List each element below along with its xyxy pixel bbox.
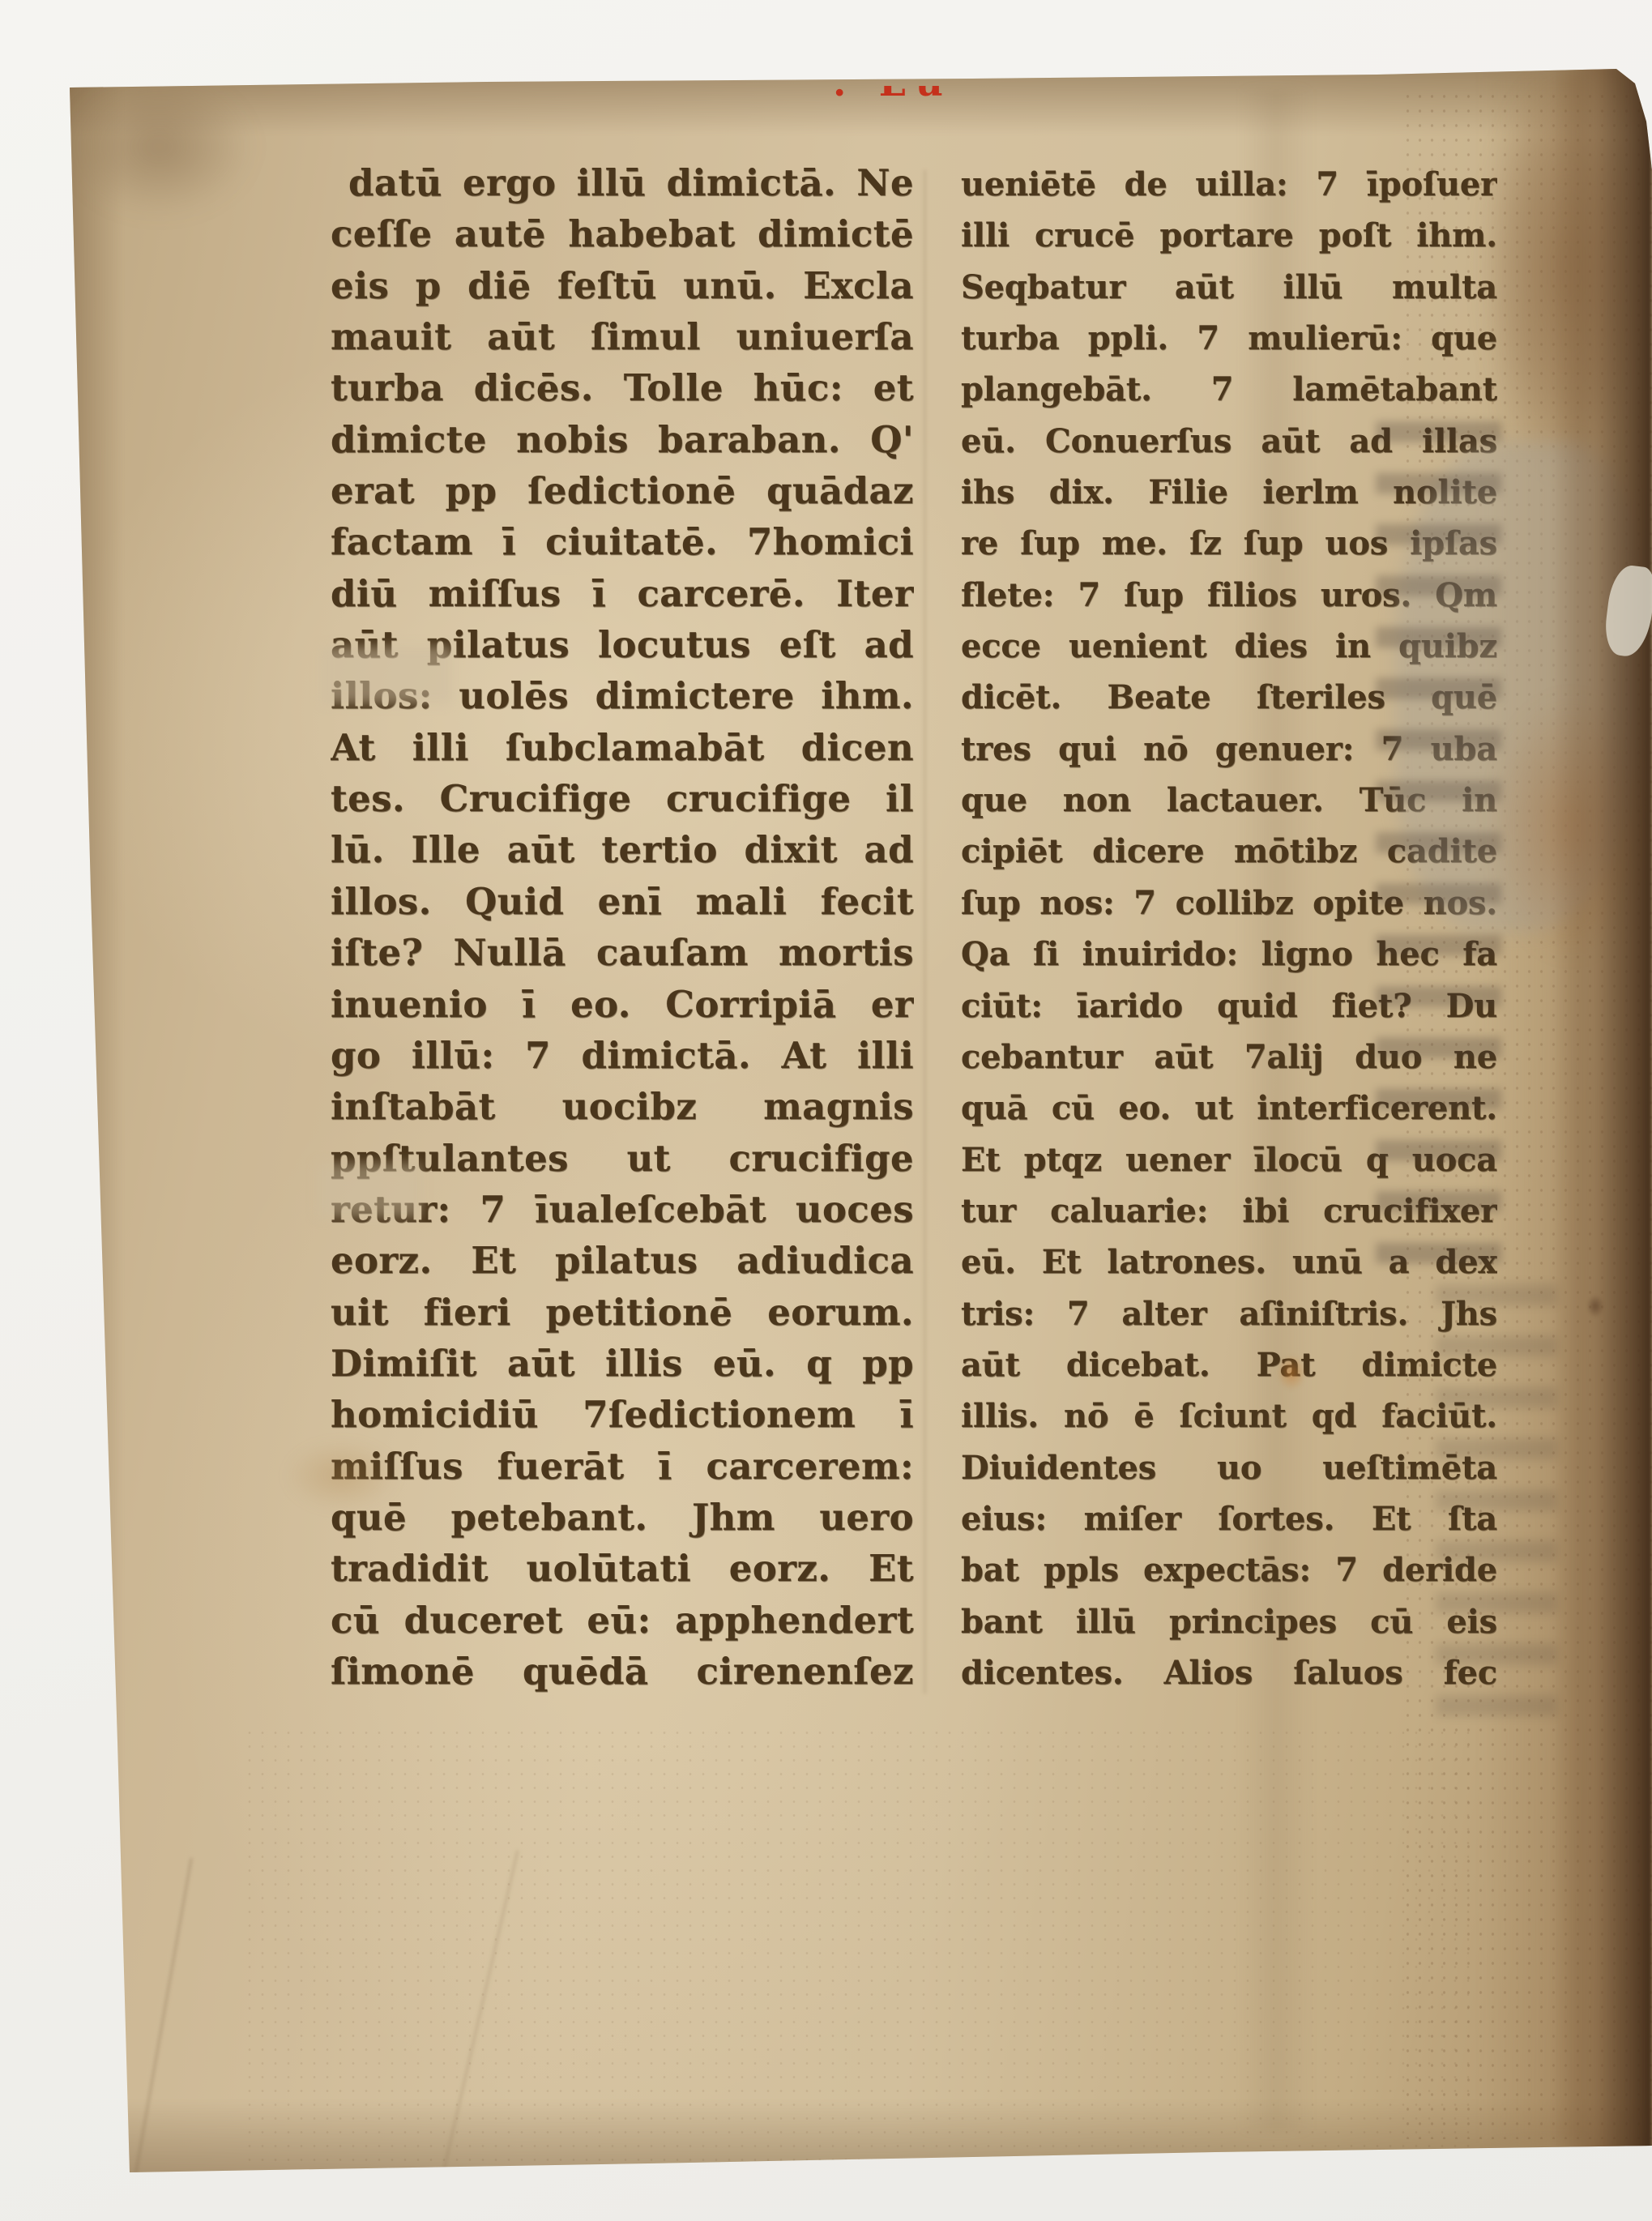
- text-line: quē petebant. Jhm uero: [331, 1492, 914, 1543]
- text-line: mauit aūt ſimul uniuerſa: [331, 311, 914, 362]
- small-tan-stain: [285, 1441, 399, 1510]
- photo-backdrop: . Lu . datū ergo illū dimictā. Neceſſe a…: [0, 0, 1652, 2221]
- text-line: datū ergo illū dimictā. Ne: [331, 157, 914, 208]
- running-title-text: . Lu .: [812, 86, 974, 110]
- trimmed-red-running-title: . Lu .: [812, 86, 974, 110]
- small-orange-stain: [1277, 1355, 1306, 1390]
- offset-text-ghosting: [1436, 1284, 1557, 1722]
- text-line: eis p diē feſtū unū. Excla: [331, 260, 914, 311]
- text-line: tris: 7 alter aſiniſtris. Jhs: [961, 1288, 1497, 1339]
- text-line: go illū: 7 dimictā. At illi: [331, 1030, 914, 1081]
- text-line: iſte? Nullā cauſam mortis: [331, 927, 914, 978]
- text-line: miſſus fuerāt ī carcerem:: [331, 1441, 914, 1492]
- darkened-top-left-corner: [66, 78, 253, 216]
- manuscript-leaf: . Lu . datū ergo illū dimictā. Neceſſe a…: [0, 0, 1652, 2221]
- text-line: tradidit uolūtati eorz. Et: [331, 1543, 914, 1594]
- text-line: illis. nō ē ſciunt qd faciūt.: [961, 1390, 1497, 1442]
- text-line: turba dicēs. Tolle hūc: et: [331, 362, 914, 413]
- text-line: diū miſſus ī carcerē. Iter: [331, 568, 914, 619]
- text-line: cū duceret eū: apphendert: [331, 1595, 914, 1646]
- text-line: homicidiū 7ſedictionem ī: [331, 1389, 914, 1440]
- text-line: dimicte nobis baraban. Q': [331, 414, 914, 465]
- text-line: inuenio ī eo. Corripiā er: [331, 979, 914, 1030]
- text-line: eius: miſer ſortes. Et ſta: [961, 1493, 1497, 1544]
- small-dark-spot: [1586, 1295, 1604, 1318]
- text-line: ſimonē quēdā cirenenſez: [331, 1646, 914, 1697]
- text-line: bant illū principes cū eis: [961, 1596, 1497, 1647]
- text-line: Diuidentes uo ueſtimēta: [961, 1442, 1497, 1493]
- text-line: dicentes. Alios ſaluos fec: [961, 1647, 1497, 1698]
- text-line: eorz. Et pilatus adiudica: [331, 1235, 914, 1286]
- ink-smudge: [322, 647, 452, 703]
- gutter-crease: [924, 170, 926, 1694]
- text-line: bat ppls expectās: 7 deride: [961, 1544, 1497, 1595]
- text-line: At illi ſubclamabāt dicen: [331, 722, 914, 773]
- text-line: tes. Crucifige crucifige il: [331, 773, 914, 824]
- leaf-edge-shadow-left: [63, 73, 123, 2180]
- offset-text-ghosting: [1376, 421, 1501, 1284]
- dark-gutter-edge: [1552, 63, 1652, 2151]
- text-line: erat pp ſedictionē quādaz: [331, 465, 914, 516]
- text-line: ceſſe autē habebat dimictē: [331, 208, 914, 259]
- text-column-left: datū ergo illū dimictā. Neceſſe autē hab…: [331, 157, 914, 1697]
- text-line: aūt dicebat. Pat dimicte: [961, 1339, 1497, 1390]
- text-line: inſtabāt uocibz magnis: [331, 1081, 914, 1132]
- text-line: Dimiſit aūt illis eū. q pp: [331, 1338, 914, 1389]
- text-line: lū. Ille aūt tertio dixit ad: [331, 824, 914, 875]
- text-line: factam ī ciuitatē. 7homici: [331, 516, 914, 567]
- text-line: uit fieri petitionē eorum.: [331, 1287, 914, 1338]
- text-line: illos. Quid enī mali fecit: [331, 876, 914, 927]
- ink-smudge: [318, 1164, 421, 1217]
